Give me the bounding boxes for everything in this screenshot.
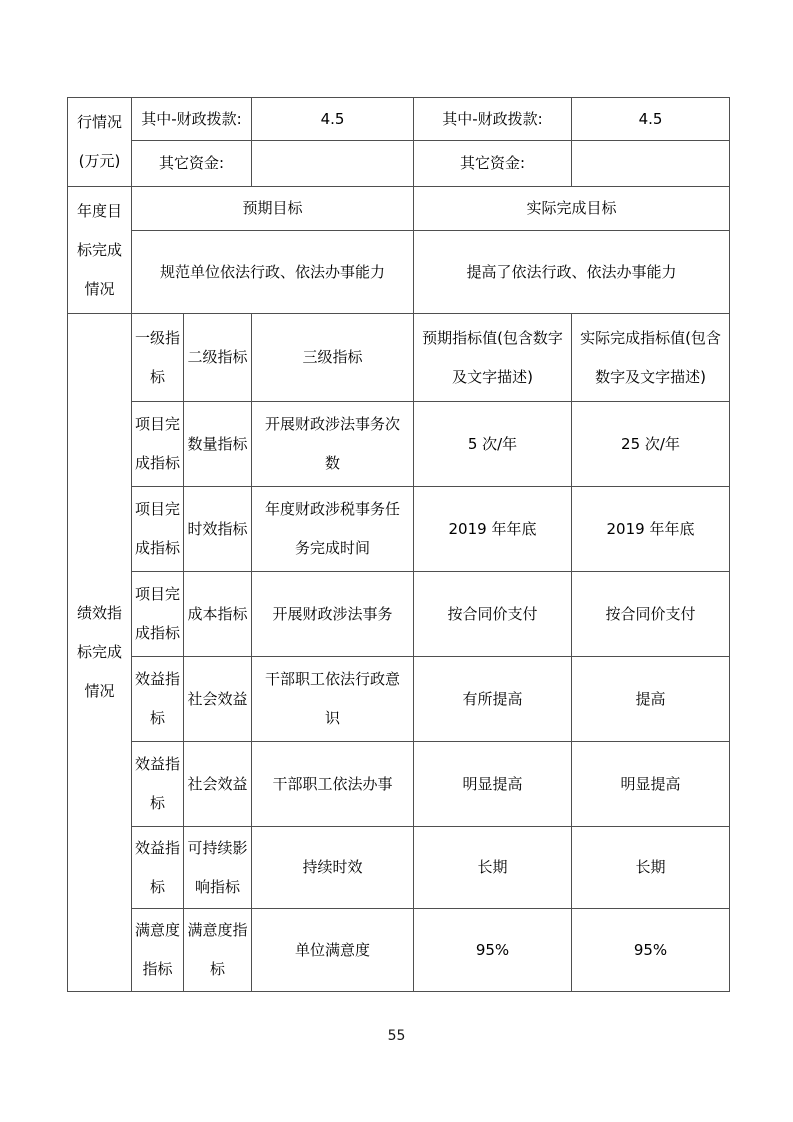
actual-goal-header: 实际完成目标 — [414, 187, 730, 231]
annual-goal-row-label: 年度目 标完成 情况 — [68, 187, 132, 314]
indicator-level2-cell: 社会效益 — [184, 742, 252, 827]
indicator-actual-cell: 25 次/年 — [572, 402, 730, 487]
indicator-expected-cell: 明显提高 — [414, 742, 572, 827]
indicator-actual-cell: 长期 — [572, 827, 730, 909]
header-level1-indicator: 一级指 标 — [132, 314, 184, 402]
indicator-level1-cell: 效益指 标 — [132, 827, 184, 909]
indicator-expected-cell: 2019 年年底 — [414, 487, 572, 572]
indicator-expected-cell: 95% — [414, 909, 572, 992]
indicator-level2-cell: 时效指标 — [184, 487, 252, 572]
header-actual-value: 实际完成指标值(包含 数字及文字描述) — [572, 314, 730, 402]
other-funds-label-expected: 其它资金: — [132, 141, 252, 187]
indicator-level2-cell: 可持续影 响指标 — [184, 827, 252, 909]
performance-evaluation-table: 行情况 (万元) 其中-财政拨款: 4.5 其中-财政拨款: 4.5 其它资金:… — [67, 97, 730, 992]
indicator-expected-cell: 长期 — [414, 827, 572, 909]
indicator-level1-cell: 项目完 成指标 — [132, 487, 184, 572]
indicator-actual-cell: 提高 — [572, 657, 730, 742]
indicator-level3-cell: 单位满意度 — [252, 909, 414, 992]
indicator-actual-cell: 95% — [572, 909, 730, 992]
indicator-level2-cell: 成本指标 — [184, 572, 252, 657]
performance-row-label: 绩效指 标完成 情况 — [68, 314, 132, 992]
actual-goal-text: 提高了依法行政、依法办事能力 — [414, 231, 730, 314]
page-number: 55 — [0, 1028, 793, 1044]
budget-execution-row-label: 行情况 (万元) — [68, 98, 132, 187]
indicator-level1-cell: 项目完 成指标 — [132, 572, 184, 657]
indicator-level1-cell: 项目完 成指标 — [132, 402, 184, 487]
header-level3-indicator: 三级指标 — [252, 314, 414, 402]
indicator-actual-cell: 明显提高 — [572, 742, 730, 827]
indicator-expected-cell: 有所提高 — [414, 657, 572, 742]
indicator-level2-cell: 数量指标 — [184, 402, 252, 487]
indicator-expected-cell: 5 次/年 — [414, 402, 572, 487]
other-funds-value-expected — [252, 141, 414, 187]
indicator-level1-cell: 效益指 标 — [132, 657, 184, 742]
indicator-level2-cell: 社会效益 — [184, 657, 252, 742]
other-funds-label-actual: 其它资金: — [414, 141, 572, 187]
indicator-level3-cell: 持续时效 — [252, 827, 414, 909]
expected-goal-text: 规范单位依法行政、依法办事能力 — [132, 231, 414, 314]
fiscal-allocation-value-actual: 4.5 — [572, 98, 730, 141]
indicator-level1-cell: 满意度 指标 — [132, 909, 184, 992]
other-funds-value-actual — [572, 141, 730, 187]
indicator-level1-cell: 效益指 标 — [132, 742, 184, 827]
expected-goal-header: 预期目标 — [132, 187, 414, 231]
fiscal-allocation-value-expected: 4.5 — [252, 98, 414, 141]
indicator-level3-cell: 开展财政涉法事务 — [252, 572, 414, 657]
header-expected-value: 预期指标值(包含数字 及文字描述) — [414, 314, 572, 402]
indicator-level2-cell: 满意度指 标 — [184, 909, 252, 992]
indicator-actual-cell: 按合同价支付 — [572, 572, 730, 657]
indicator-actual-cell: 2019 年年底 — [572, 487, 730, 572]
fiscal-allocation-label-actual: 其中-财政拨款: — [414, 98, 572, 141]
document-page: 行情况 (万元) 其中-财政拨款: 4.5 其中-财政拨款: 4.5 其它资金:… — [0, 0, 793, 1122]
header-level2-indicator: 二级指标 — [184, 314, 252, 402]
fiscal-allocation-label-expected: 其中-财政拨款: — [132, 98, 252, 141]
indicator-level3-cell: 干部职工依法行政意 识 — [252, 657, 414, 742]
indicator-level3-cell: 开展财政涉法事务次 数 — [252, 402, 414, 487]
indicator-expected-cell: 按合同价支付 — [414, 572, 572, 657]
indicator-level3-cell: 年度财政涉税事务任 务完成时间 — [252, 487, 414, 572]
indicator-level3-cell: 干部职工依法办事 — [252, 742, 414, 827]
